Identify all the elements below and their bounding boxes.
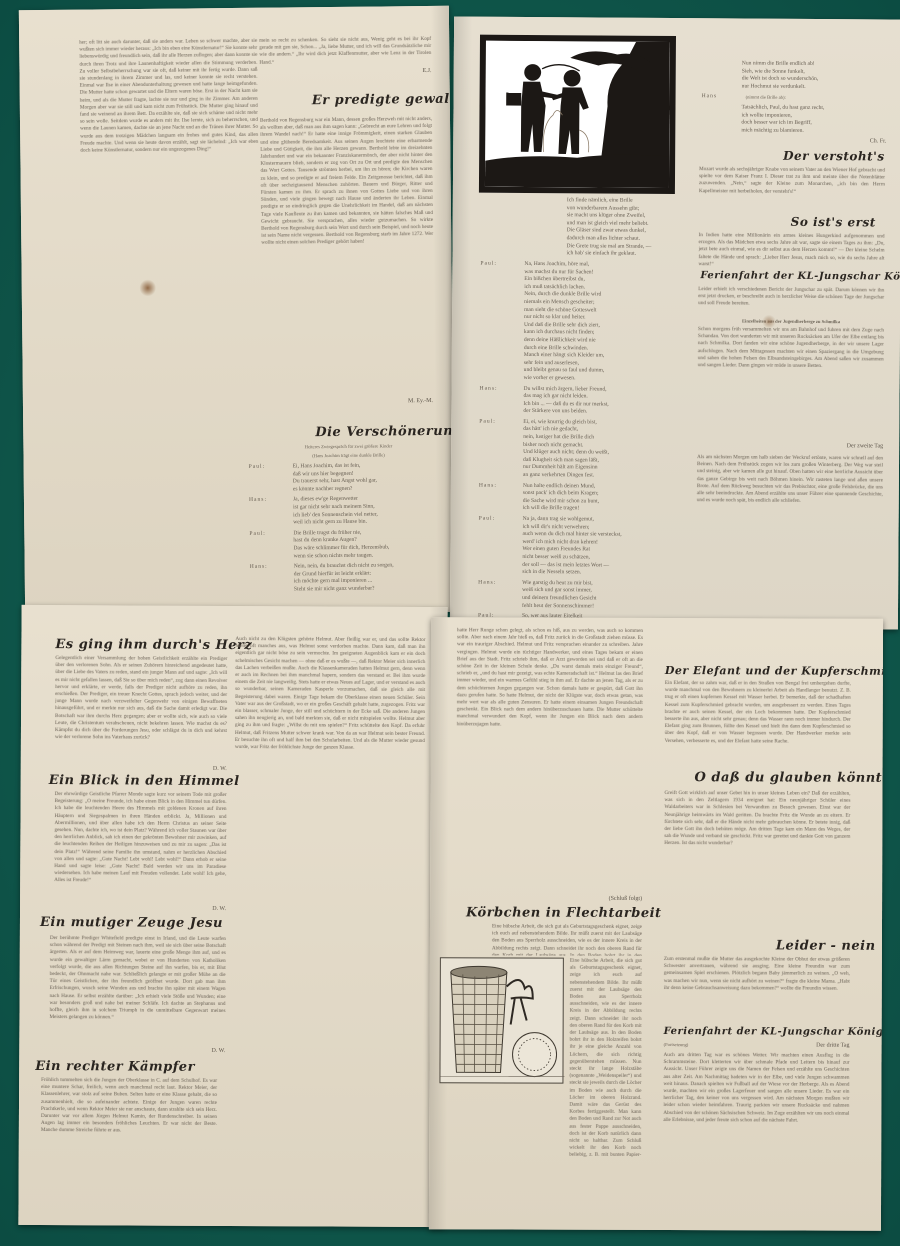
article-body: Mozart wurde als sechsjähriger Knabe von… [699,166,885,211]
signature: D. W. [179,1048,225,1054]
article-subtitle: Heiteres Zwiegespräch für zwei größere K… [268,443,428,450]
article-body: In Indien hatte eine Millionärin ein arm… [698,232,884,271]
article-title: Körbchen in Flechtarbeit [466,905,662,921]
speaker: Hans: [478,579,516,610]
article-title: Der verstoht's [783,149,885,164]
silhouette-illustration [479,35,676,194]
dialogue-line: Hans:Du willst mich ärgern, lieber Freun… [479,385,694,417]
column-text: Auch nicht zu den Klügsten gehörte Helmu… [233,636,426,1193]
speaker: Paul: [249,463,287,494]
newspaper-page-bottom-left: Es ging ihm durch's Herz Gelegentlich ei… [18,605,447,1227]
article-title: Ferienfahrt der KL-Jungschar Königsbrück [700,270,900,283]
article-body: Zum erstenmal mußte die Mutter das ausge… [664,956,850,1017]
article-title: Der Elefant und der Kupferschmied [665,664,883,678]
article-subtitle: (Hans Joachim trägt eine dunkle Brille) [268,452,428,459]
speaker: Paul: [479,419,517,480]
dialogue-line: Hans:Nein, nein, du brauchst dich nicht … [250,562,440,594]
speaker: Hans: [249,497,287,528]
silhouette-two-boys-under-tree-icon [485,41,670,188]
speaker: Hans [702,94,740,102]
newspaper-page-bottom-right: hatte Herr Runge schon gelegt, als schon… [429,617,883,1231]
dialogue-line: Hans:Wie garstig du heut zu mir bist, we… [478,579,693,611]
article-title: Ein mutiger Zeuge Jesu [40,915,223,931]
continuation-tag: (Fortsetzung) [664,1042,724,1047]
article-body: Gelegentlich einer Versammlung der hohen… [55,655,228,766]
speaker: Paul: [249,530,287,561]
article-title: Leider - nein [776,938,876,953]
article-intro: Leider erhielt ich verschiedenen Bericht… [698,286,884,317]
article-body: Eine hübsche Arbeit, die sich gut als Ge… [492,923,642,956]
article-body: Berthold von Regensburg war ein Mann, de… [260,116,435,398]
article-body: Auch am dritten Tag war es schönes Wette… [663,1052,849,1175]
dialogue-line: Paul:Ei, Hans Joachim, das ist fein, daß… [249,462,439,494]
column-text: her; oft litt sie auch darunter, daß sie… [79,38,263,580]
signature: Ch. Fr. [701,138,886,145]
article-title: Ein Blick in den Himmel [49,773,240,789]
dialogue-line: Paul:Ei, ei, wie knurrig du gleich bist,… [479,419,694,481]
newspaper-page-top-left: her; oft litt sie auch darunter, daß sie… [19,6,455,616]
signature: (Schluß folgt) [580,896,642,902]
signature: E.J. [399,68,431,74]
dialogue: Paul:Ei, Hans Joachim, das ist fein, daß… [249,462,440,597]
verse-intro: Ich finde nämlich, eine Brille von wunde… [522,197,712,262]
signature: M. Ey.-M. [363,398,433,405]
speaker: Hans: [479,482,517,513]
column-text: hatte Herr Runge schon gelegt, als schon… [456,627,643,894]
dialogue: Paul:Na, Hans Joachim, höre mal, was mac… [478,261,696,630]
basket-illustration [439,957,563,1083]
paper-stain [140,279,156,297]
article-body: Fröhlich tummelten sich die Jungen der O… [41,1077,217,1154]
newspaper-page-top-right: Ich finde nämlich, eine Brille von wunde… [450,16,900,629]
article-title: O daß du glauben könntest! [694,770,883,786]
signature: D. W. [180,906,226,912]
article-title: So ist's erst [791,215,876,230]
article-subhead: Einzelheiten aus der Jugendherberge zu S… [698,318,884,324]
speaker: Paul: [478,516,516,577]
dialogue-line: Paul:Die Brille trugst du früher nie, ha… [249,529,439,561]
article-title: Es ging ihm durch's Herz [55,637,252,653]
article-body-continued: Eine hübsche Arbeit, die sich gut als Ge… [569,958,642,1158]
section-label: Der zweite Tag [811,443,883,450]
dialogue-line: Hans:Ja, dieses ew'ge Regenwetter ist ga… [249,495,439,527]
closing-verse: Nun nimm die Brille endlich ab! Sieh, wi… [701,60,887,145]
dialogue-line: Hans:Nun halte endlich deinen Mund, sons… [479,482,694,514]
article-title: Ein rechter Kämpfer [35,1059,195,1075]
dialogue-line: Paul:Na, Hans Joachim, höre mal, was mac… [480,261,696,384]
section-label: Der dritte Tag [790,1042,850,1048]
article-body: Schon morgens früh versammelten wir uns … [697,326,884,433]
woven-basket-icon [440,958,564,1084]
article-body: Ein Elefant, der so zahm war, daß er in … [665,680,851,763]
article-body: Der berühmte Prediger Whitefield predigt… [49,935,226,1046]
dialogue-line: Paul:Na ja, dann trag sie wohlgemut, ich… [478,516,693,578]
speaker: Hans: [479,385,517,416]
article-title: Die Verschönerungsbrille [315,423,455,440]
speaker: Paul: [480,261,519,383]
article-body: Greift Gott wirklich auf unser Gebet hin… [664,790,850,931]
article-body: Der ehrwürdige Geistliche Pfarrer Monde … [54,791,227,906]
article-title: Ferienfahrt der KL-Jungschar Königsbrück [664,1026,883,1038]
column-text: mein so recht zu schenken. So sieht sie … [259,36,431,68]
speaker: Hans: [250,564,288,595]
signature: D. W. [181,766,227,772]
article-body: Als am nächsten Morgen um halb sieben de… [696,454,883,575]
